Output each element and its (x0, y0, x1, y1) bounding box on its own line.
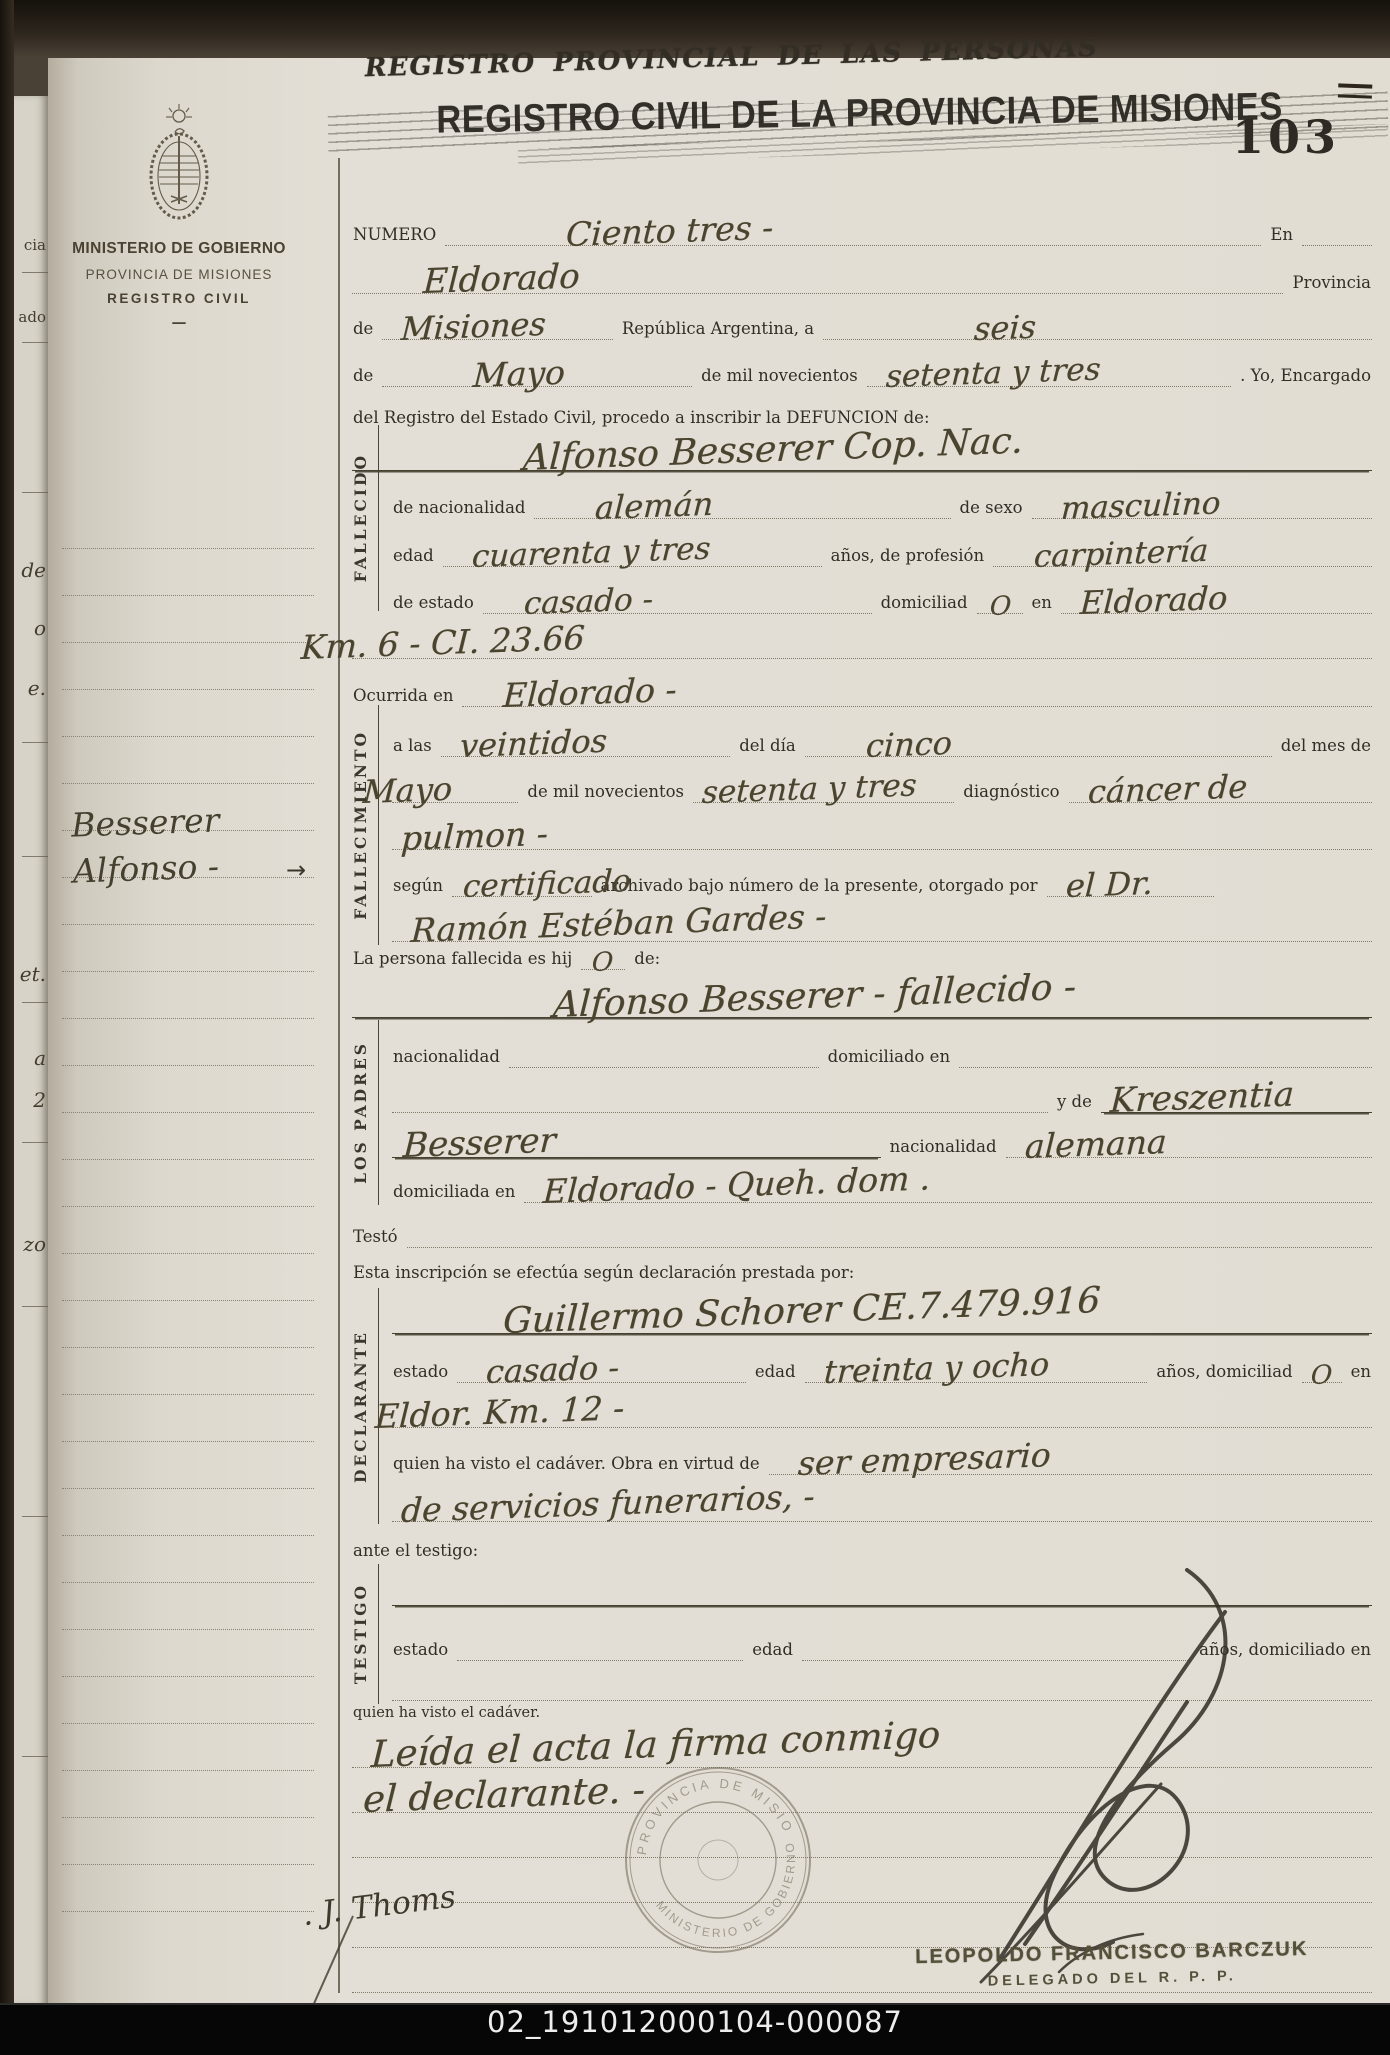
prev-page-line-fragment (22, 1756, 48, 1757)
filled-field: certificado (452, 863, 591, 897)
form-label: edad (747, 1640, 798, 1661)
signature-flourish (929, 1552, 1279, 1992)
filled-field: masculino (1032, 484, 1372, 519)
marginal-note-arrow: → (286, 856, 306, 884)
filled-field: O (977, 580, 1023, 614)
act-number: 103 (1232, 110, 1340, 164)
margin-ruled-line (62, 1159, 314, 1160)
handwritten-entry: Mayo (362, 770, 453, 811)
filled-field: veintidos (441, 721, 731, 757)
footer-bar: 02_191012000104-000087 (0, 2003, 1390, 2055)
form-row: Ramón Estéban Gardes - (344, 897, 1376, 942)
margin-ruled-line (62, 1676, 314, 1677)
margin-ruled-line (62, 1018, 314, 1019)
form-row: Besserernacionalidadalemana (344, 1113, 1376, 1158)
form-row: edadcuarenta y tresaños, de profesióncar… (344, 519, 1376, 567)
prev-page-text-fragment: ado (18, 308, 46, 326)
form-label: años, domiciliad (1151, 1362, 1297, 1383)
margin-ruled-line (62, 1253, 314, 1254)
handwritten-entry: O (591, 947, 614, 978)
handwritten-entry: alemán (594, 485, 714, 527)
form-row: NUMEROCiento tres -En (344, 200, 1376, 246)
filled-field: carpintería (993, 532, 1372, 567)
margin-ruled-line (62, 1817, 314, 1818)
form-label: de sexo (955, 498, 1028, 519)
filled-field: alemán (534, 484, 950, 519)
marginal-note-firstname: Alfonso - (72, 843, 222, 894)
margin-ruled-line (62, 783, 314, 784)
ministry-line-1: MINISTERIO DE GOBIERNO (54, 240, 304, 258)
margin-ruled-line (62, 1911, 314, 1912)
form-row: domiciliada enEldorado - Queh. dom . (344, 1158, 1376, 1203)
filled-field: Ciento tres - (445, 213, 1261, 246)
form-label: edad (388, 546, 439, 567)
section-label-declarante: DECLARANTE (342, 1288, 379, 1524)
handwritten-entry: alemana (1024, 1122, 1168, 1166)
margin-ruled-line (62, 1300, 314, 1301)
handwritten-entry: O (1310, 1360, 1333, 1391)
filled-field: cuarenta y tres (443, 532, 822, 567)
filled-field: casado - (483, 580, 872, 614)
margin-ruled-line (62, 1065, 314, 1066)
handwritten-entry: Misiones (400, 305, 547, 348)
filled-field: setenta y tres (867, 353, 1231, 387)
filled-field: O (1302, 1348, 1342, 1383)
form-row: Esta inscripción se efectúa según declar… (344, 1248, 1376, 1284)
margin-ruled-line (62, 1770, 314, 1771)
form-row: Testó (344, 1203, 1376, 1248)
filled-field: ser empresario (769, 1441, 1372, 1475)
form-row: a lasveintidosdel díacincodel mes de (344, 707, 1376, 757)
filled-field: casado - (457, 1348, 746, 1383)
section-label-text: FALLECIDO (351, 453, 370, 582)
margin-ruled-line (62, 1112, 314, 1113)
filled-field: de servicios funerarios, - (392, 1488, 1372, 1522)
section-label-text: TESTIGO (351, 1583, 370, 1684)
section-label-text: DECLARANTE (351, 1330, 370, 1483)
prev-page-line-fragment (22, 1002, 48, 1003)
margin-ruled-line (62, 1488, 314, 1489)
form-label: domiciliado en (823, 1047, 955, 1068)
scanned-death-certificate: { "stamps": { "top": "REGISTRO PROVINCIA… (0, 0, 1390, 2055)
filled-field: pulmon - (392, 816, 1372, 850)
form-label: nacionalidad (388, 1047, 505, 1068)
form-row: de servicios funerarios, - (344, 1475, 1376, 1522)
filled-field: Misiones (382, 307, 613, 340)
form-label: La persona fallecida es hij (348, 949, 577, 970)
form-label: República Argentina, a (617, 319, 819, 340)
form-row: quien ha visto el cadáver. Obra en virtu… (344, 1428, 1376, 1475)
filled-field: Mayo (382, 353, 692, 387)
form-label: nacionalidad (885, 1137, 1002, 1158)
marginal-note: Besserer Alfonso - (70, 797, 221, 894)
form-label: quien ha visto el cadáver. Obra en virtu… (388, 1454, 765, 1475)
prev-page-text-fragment: et. (20, 962, 46, 986)
marginal-note-surname: Besserer (70, 797, 220, 848)
form-label: y de (1052, 1092, 1097, 1113)
filled-field: cáncer de (1069, 770, 1372, 803)
handwritten-entry: veintidos (459, 722, 608, 765)
prev-page-text-fragment: cia (24, 236, 46, 254)
section-label-testigo: TESTIGO (342, 1564, 379, 1704)
handwritten-entry: Alfonso Besserer - fallecido - (552, 967, 1077, 1026)
handwritten-entry: Mayo (472, 353, 566, 395)
footer-id: 02_191012000104-000087 (0, 2005, 1390, 2039)
handwritten-entry: seis (973, 308, 1037, 348)
handwritten-entry: cáncer de (1087, 767, 1248, 811)
form-label: edad (750, 1362, 801, 1383)
margin-ruled-line (62, 1535, 314, 1536)
filled-field: Kreszentia (1101, 1081, 1372, 1114)
form-label: diagnóstico (958, 782, 1064, 803)
form-row: Km. 6 - CI. 23.66 (344, 614, 1376, 659)
handwritten-entry: el Dr. (1065, 864, 1154, 905)
form-row: Guillermo Schorer CE.7.479.916 (344, 1284, 1376, 1334)
handwritten-entry: Kreszentia (1109, 1074, 1295, 1121)
form-label: a las (388, 736, 437, 757)
handwritten-entry: casado - (523, 581, 654, 622)
handwritten-entry: treinta y ocho (823, 1345, 1050, 1391)
filled-field: Eldorado (1061, 580, 1372, 614)
form-rows: . J. Thoms PROVINCIA DE MISIONES MINISTE… (344, 200, 1376, 1993)
form-row: estadocasado -edadtreinta y ochoaños, do… (344, 1334, 1376, 1383)
official-seal-icon: PROVINCIA DE MISIONES MINISTERIO DE GOBI… (616, 1758, 821, 1963)
handwritten-entry: pulmon - (400, 814, 549, 858)
form-row: de nacionalidadalemánde sexomasculino (344, 471, 1376, 519)
form-label: de mil novecientos (696, 366, 863, 387)
section-label-text: FALLECIMIENTO (351, 730, 370, 920)
form-row: pulmon - (344, 803, 1376, 850)
blank-field (392, 1081, 1048, 1114)
form-label: Testó (348, 1227, 403, 1248)
handwritten-entry: Eldorado (422, 256, 581, 302)
ministry-block: MINISTERIO DE GOBIERNO PROVINCIA DE MISI… (54, 240, 304, 331)
form-label: Provincia (1287, 273, 1376, 294)
margin-ruled-line (62, 1629, 314, 1630)
svg-text:MINISTERIO DE GOBIERNO: MINISTERIO DE GOBIERNO (646, 1838, 819, 1960)
margin-ruled-line (62, 548, 314, 549)
book-binding-left-edge (0, 0, 14, 2055)
form-label: años, de profesión (826, 546, 990, 567)
margin-ruled-line (62, 1394, 314, 1395)
section-label-los-padres: LOS PADRES (342, 1020, 379, 1205)
filled-field: Alfonso Besserer Cop. Nac. (352, 441, 1372, 471)
binding-clip-mark (1338, 83, 1373, 102)
filled-field: el Dr. (1047, 863, 1214, 897)
handwritten-entry: Ciento tres - (565, 208, 774, 254)
handwritten-entry: carpintería (1033, 533, 1209, 575)
form-label: en (1346, 1362, 1376, 1383)
filled-field: Eldorado - Queh. dom . (524, 1171, 1372, 1204)
form-label: archivado bajo número de la presente, ot… (596, 876, 1043, 897)
form-row: de estadocasado -domiciliadOenEldorado (344, 567, 1376, 614)
section-label-fallecimiento: FALLECIMIENTO (342, 705, 379, 945)
margin-column: MINISTERIO DE GOBIERNO PROVINCIA DE MISI… (48, 58, 338, 2005)
form-row: deMayode mil novecientossetenta y tres. … (344, 340, 1376, 387)
prev-page-text-fragment: 2 (33, 1088, 46, 1112)
handwritten-entry: de servicios funerarios, - (400, 1476, 816, 1530)
handwritten-entry: casado - (485, 1348, 620, 1391)
margin-ruled-line (62, 1347, 314, 1348)
blank-field (457, 1622, 743, 1662)
form-label: de mil novecientos (522, 782, 689, 803)
form-column: REGISTRO PROVINCIAL DE LAS PERSONAS REGI… (338, 58, 1390, 2005)
prev-page-line-fragment (22, 742, 48, 743)
handwritten-entry: Guillermo Schorer CE.7.479.916 (502, 1280, 1101, 1342)
prev-page-text-fragment: o (34, 616, 46, 640)
prev-page-line-fragment (22, 492, 48, 493)
blank-field (1302, 213, 1372, 246)
filled-field: Guillermo Schorer CE.7.479.916 (392, 1298, 1372, 1334)
filled-field: Alfonso Besserer - fallecido - (352, 983, 1372, 1018)
form-label: Esta inscripción se efectúa según declar… (348, 1263, 859, 1284)
filled-field: Ramón Estéban Gardes - (392, 910, 1372, 943)
filled-field: seis (823, 307, 1372, 340)
filled-field: cinco (805, 721, 1272, 757)
form-label: de (348, 319, 378, 340)
form-label: del mes de (1276, 736, 1376, 757)
form-label: quien ha visto el cadáver. (348, 1705, 545, 1723)
prev-page-line-fragment (22, 342, 48, 343)
filled-field: Eldor. Km. 12 - (392, 1396, 1372, 1429)
filled-field: setenta y tres (693, 770, 954, 803)
form-label: domiciliad (876, 593, 973, 614)
blank-field (407, 1216, 1372, 1249)
form-label: NUMERO (348, 225, 441, 246)
form-label: . Yo, Encargado (1235, 366, 1376, 387)
margin-ruled-line (62, 1582, 314, 1583)
form-label: estado (388, 1362, 453, 1383)
ministry-line-3: REGISTRO CIVIL (54, 291, 304, 306)
margin-ruled-line (62, 971, 314, 972)
form-label: domiciliada en (388, 1182, 520, 1203)
prev-page-edge: ciaadodeoe.et.a2zo (14, 96, 48, 2005)
margin-ruled-line (62, 1206, 314, 1207)
form-row: y deKreszentia (344, 1068, 1376, 1113)
margin-ruled-line (62, 642, 314, 643)
filled-field: Eldorado - (462, 672, 1372, 707)
handwritten-entry: O (989, 591, 1012, 622)
prev-page-line-fragment (22, 1306, 48, 1307)
ministry-line-2: PROVINCIA DE MISIONES (54, 267, 304, 282)
blank-field (959, 1032, 1372, 1068)
form-label: en (1027, 593, 1057, 614)
blank-field (509, 1032, 819, 1068)
form-label: de (348, 366, 378, 387)
prev-page-line-fragment (22, 1142, 48, 1143)
form-row: Mayode mil novecientossetenta y tresdiag… (344, 757, 1376, 803)
handwritten-entry: cinco (865, 724, 953, 765)
seal-ring-bottom-text: MINISTERIO DE GOBIERNO (646, 1838, 819, 1960)
form-label: de: (629, 949, 665, 970)
filled-field: O (581, 949, 625, 970)
form-label: según (388, 876, 448, 897)
form-label: ante el testigo: (348, 1541, 483, 1562)
prev-page-text-fragment: e. (28, 676, 46, 700)
prev-page-line-fragment (22, 1516, 48, 1517)
filled-field: Besserer (392, 1126, 881, 1159)
form-row: nacionalidaddomiciliado en (344, 1018, 1376, 1068)
section-label-text: LOS PADRES (351, 1041, 370, 1184)
form-row: Alfonso Besserer - fallecido - (344, 970, 1376, 1018)
margin-ruled-line (62, 736, 314, 737)
form-label: del día (734, 736, 801, 757)
coat-of-arms-icon (136, 100, 222, 232)
margin-ruled-line (62, 1723, 314, 1724)
prev-page-line-fragment (22, 856, 48, 857)
margin-ruled-line (62, 1864, 314, 1865)
prev-page-line-fragment (22, 272, 48, 273)
form-label: En (1265, 225, 1298, 246)
form-label: de nacionalidad (388, 498, 530, 519)
filled-field: Eldorado (352, 259, 1283, 294)
margin-ruled-line (62, 689, 314, 690)
handwritten-entry: setenta y tres (701, 767, 917, 811)
form-row: EldoradoProvincia (344, 246, 1376, 294)
form-label: estado (388, 1640, 453, 1661)
margin-ruled-line (62, 924, 314, 925)
form-row: Alfonso Besserer Cop. Nac. (344, 429, 1376, 471)
handwritten-entry: Besserer (402, 1121, 557, 1166)
handwritten-entry: setenta y tres (885, 351, 1101, 395)
handwritten-entry: Eldorado (1079, 579, 1228, 622)
scan-page: MINISTERIO DE GOBIERNO PROVINCIA DE MISI… (48, 58, 1390, 2005)
prev-page-text-fragment: de (21, 558, 46, 582)
margin-ruled-line (62, 1441, 314, 1442)
handwritten-entry: certificado (462, 863, 632, 905)
filled-field: Km. 6 - CI. 23.66 (352, 627, 1372, 660)
form-label: Ocurrida en (348, 686, 458, 707)
form-label: de estado (388, 593, 479, 614)
margin-ruled-line (62, 595, 314, 596)
handwritten-entry: Eldorado - (502, 670, 678, 715)
form-row: deMisionesRepública Argentina, aseis (344, 294, 1376, 340)
handwritten-entry: Alfonso Besserer Cop. Nac. (522, 420, 1024, 479)
prev-page-text-fragment: zo (23, 1232, 46, 1256)
filled-field: Mayo (392, 770, 518, 803)
prev-page-text-fragment: a (34, 1046, 46, 1070)
form-row: segúncertificadoarchivado bajo número de… (344, 850, 1376, 897)
handwritten-entry: masculino (1060, 485, 1221, 527)
filled-field: alemana (1006, 1126, 1372, 1159)
ministry-dash: — (54, 313, 304, 331)
filled-field: treinta y ocho (805, 1348, 1148, 1383)
section-label-fallecido: FALLECIDO (342, 425, 379, 611)
form-row: Ocurrida enEldorado - (344, 659, 1376, 707)
